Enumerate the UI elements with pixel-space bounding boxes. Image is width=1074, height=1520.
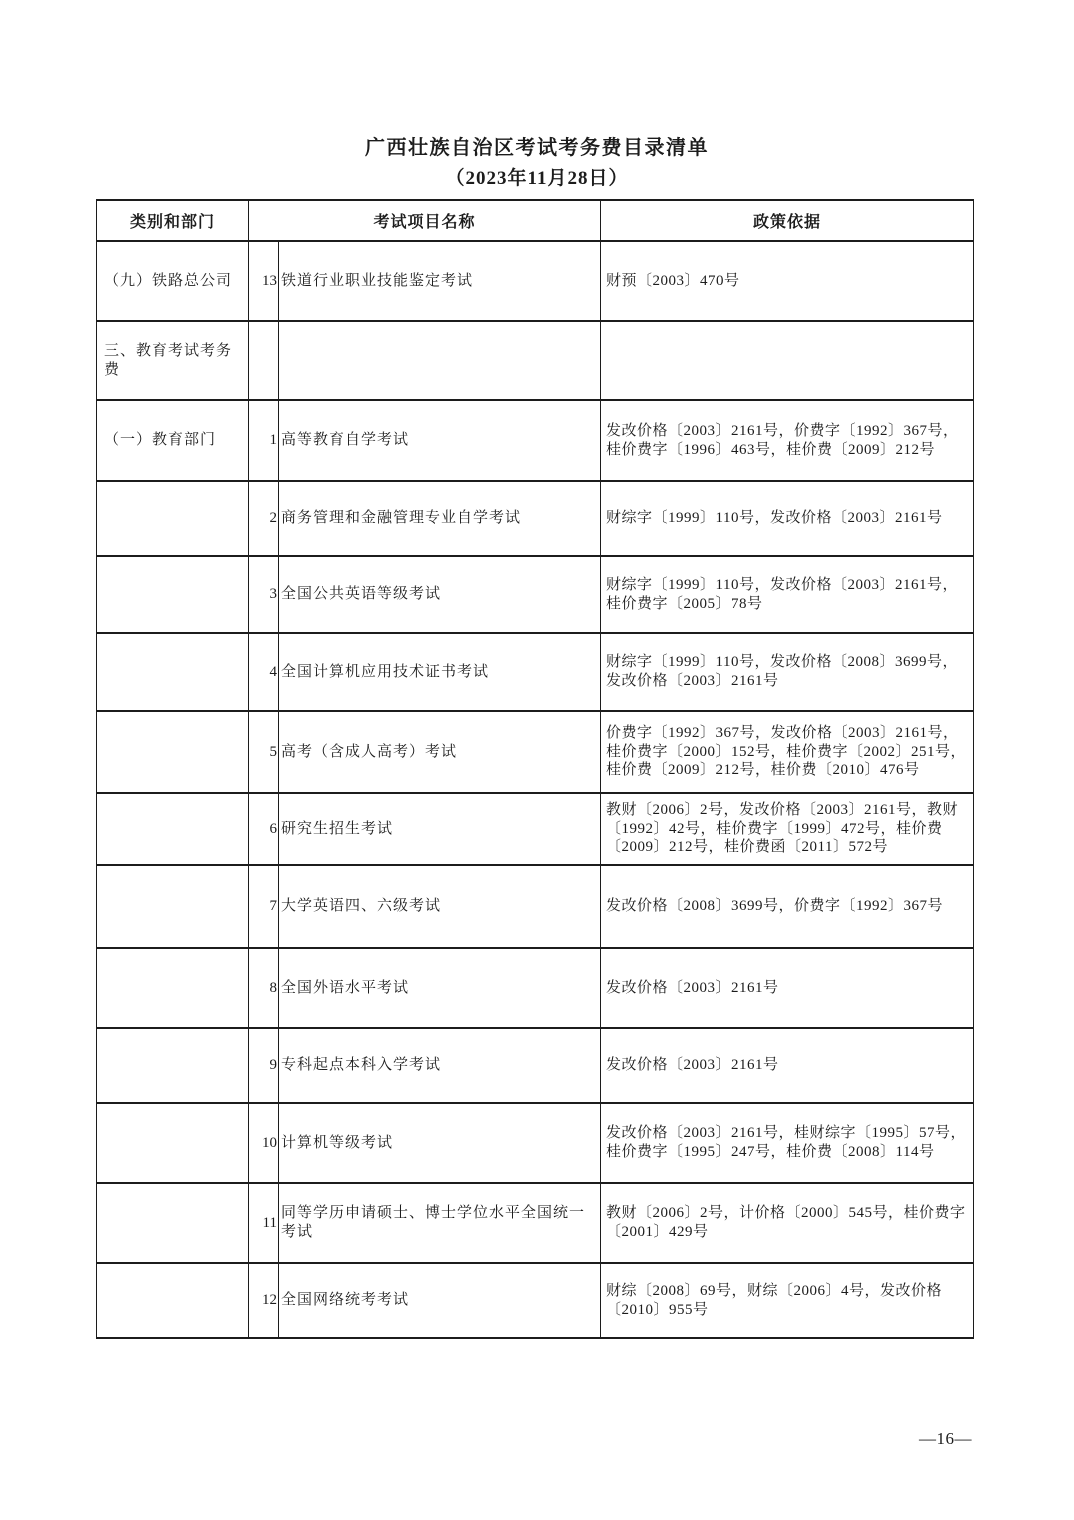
category-cell bbox=[97, 556, 249, 633]
document-page: 广西壮族自治区考试考务费目录清单 （2023年11月28日） 类别和部门 考试项… bbox=[0, 0, 1074, 1520]
category-cell bbox=[97, 1028, 249, 1103]
category-cell bbox=[97, 633, 249, 711]
header-row: 类别和部门 考试项目名称 政策依据 bbox=[97, 200, 974, 241]
row-number-cell: 6 bbox=[249, 793, 279, 865]
row-number-cell: 7 bbox=[249, 865, 279, 948]
policy-cell bbox=[601, 321, 974, 400]
exam-name-cell: 高考（含成人高考）考试 bbox=[279, 711, 601, 793]
row-number-cell: 9 bbox=[249, 1028, 279, 1103]
table-row: 11 同等学历申请硕士、博士学位水平全国统一考试 教财〔2006〕2号，计价格〔… bbox=[97, 1183, 974, 1263]
table-row: （九）铁路总公司 13 铁道行业职业技能鉴定考试 财预〔2003〕470号 bbox=[97, 241, 974, 321]
category-cell bbox=[97, 481, 249, 556]
policy-cell: 发改价格〔2003〕2161号 bbox=[601, 1028, 974, 1103]
policy-cell: 发改价格〔2003〕2161号 bbox=[601, 948, 974, 1028]
row-number-cell: 2 bbox=[249, 481, 279, 556]
exam-name-cell: 高等教育自学考试 bbox=[279, 400, 601, 481]
exam-name-cell: 全国外语水平考试 bbox=[279, 948, 601, 1028]
page-number: —16— bbox=[919, 1429, 972, 1449]
document-date-subtitle: （2023年11月28日） bbox=[0, 163, 1074, 190]
header-category: 类别和部门 bbox=[97, 200, 249, 241]
category-cell bbox=[97, 711, 249, 793]
exam-name-cell bbox=[279, 321, 601, 400]
category-cell bbox=[97, 1183, 249, 1263]
table-row: 8 全国外语水平考试 发改价格〔2003〕2161号 bbox=[97, 948, 974, 1028]
row-number-cell: 13 bbox=[249, 241, 279, 321]
policy-cell: 教财〔2006〕2号，发改价格〔2003〕2161号，教财〔1992〕42号，桂… bbox=[601, 793, 974, 865]
exam-name-cell: 全国网络统考考试 bbox=[279, 1263, 601, 1338]
row-number-cell bbox=[249, 321, 279, 400]
row-number-cell: 5 bbox=[249, 711, 279, 793]
category-cell bbox=[97, 1103, 249, 1183]
table-row: 3 全国公共英语等级考试 财综字〔1999〕110号，发改价格〔2003〕216… bbox=[97, 556, 974, 633]
category-cell bbox=[97, 948, 249, 1028]
table-row: （一）教育部门 1 高等教育自学考试 发改价格〔2003〕2161号，价费字〔1… bbox=[97, 400, 974, 481]
exam-name-cell: 大学英语四、六级考试 bbox=[279, 865, 601, 948]
policy-cell: 财综字〔1999〕110号，发改价格〔2003〕2161号，桂价费字〔2005〕… bbox=[601, 556, 974, 633]
row-number-cell: 8 bbox=[249, 948, 279, 1028]
table-row: 2 商务管理和金融管理专业自学考试 财综字〔1999〕110号，发改价格〔200… bbox=[97, 481, 974, 556]
document-title: 广西壮族自治区考试考务费目录清单 bbox=[0, 0, 1074, 160]
category-cell bbox=[97, 793, 249, 865]
policy-cell: 财综字〔1999〕110号，发改价格〔2008〕3699号，发改价格〔2003〕… bbox=[601, 633, 974, 711]
category-cell: （一）教育部门 bbox=[97, 400, 249, 481]
exam-name-cell: 商务管理和金融管理专业自学考试 bbox=[279, 481, 601, 556]
exam-name-cell: 研究生招生考试 bbox=[279, 793, 601, 865]
table-row: 7 大学英语四、六级考试 发改价格〔2008〕3699号，价费字〔1992〕36… bbox=[97, 865, 974, 948]
category-cell bbox=[97, 1263, 249, 1338]
header-policy: 政策依据 bbox=[601, 200, 974, 241]
table-row: 12 全国网络统考考试 财综〔2008〕69号，财综〔2006〕4号，发改价格〔… bbox=[97, 1263, 974, 1338]
policy-cell: 财预〔2003〕470号 bbox=[601, 241, 974, 321]
policy-cell: 财综〔2008〕69号，财综〔2006〕4号，发改价格〔2010〕955号 bbox=[601, 1263, 974, 1338]
exam-name-cell: 全国计算机应用技术证书考试 bbox=[279, 633, 601, 711]
exam-name-cell: 专科起点本科入学考试 bbox=[279, 1028, 601, 1103]
row-number-cell: 11 bbox=[249, 1183, 279, 1263]
policy-cell: 财综字〔1999〕110号，发改价格〔2003〕2161号 bbox=[601, 481, 974, 556]
category-cell: 三、教育考试考务费 bbox=[97, 321, 249, 400]
policy-cell: 发改价格〔2008〕3699号，价费字〔1992〕367号 bbox=[601, 865, 974, 948]
category-cell: （九）铁路总公司 bbox=[97, 241, 249, 321]
policy-cell: 教财〔2006〕2号，计价格〔2000〕545号，桂价费字〔2001〕429号 bbox=[601, 1183, 974, 1263]
category-cell bbox=[97, 865, 249, 948]
table-row: 5 高考（含成人高考）考试 价费字〔1992〕367号，发改价格〔2003〕21… bbox=[97, 711, 974, 793]
row-number-cell: 4 bbox=[249, 633, 279, 711]
exam-name-cell: 计算机等级考试 bbox=[279, 1103, 601, 1183]
fee-catalog-table: 类别和部门 考试项目名称 政策依据 （九）铁路总公司 13 铁道行业职业技能鉴定… bbox=[96, 199, 974, 1339]
header-exam-name: 考试项目名称 bbox=[249, 200, 601, 241]
exam-name-cell: 同等学历申请硕士、博士学位水平全国统一考试 bbox=[279, 1183, 601, 1263]
row-number-cell: 12 bbox=[249, 1263, 279, 1338]
policy-cell: 发改价格〔2003〕2161号，价费字〔1992〕367号，桂价费字〔1996〕… bbox=[601, 400, 974, 481]
table-row: 三、教育考试考务费 bbox=[97, 321, 974, 400]
policy-cell: 价费字〔1992〕367号，发改价格〔2003〕2161号，桂价费字〔2000〕… bbox=[601, 711, 974, 793]
table-row: 10 计算机等级考试 发改价格〔2003〕2161号，桂财综字〔1995〕57号… bbox=[97, 1103, 974, 1183]
row-number-cell: 10 bbox=[249, 1103, 279, 1183]
exam-name-cell: 铁道行业职业技能鉴定考试 bbox=[279, 241, 601, 321]
row-number-cell: 3 bbox=[249, 556, 279, 633]
table-row: 6 研究生招生考试 教财〔2006〕2号，发改价格〔2003〕2161号，教财〔… bbox=[97, 793, 974, 865]
table-row: 9 专科起点本科入学考试 发改价格〔2003〕2161号 bbox=[97, 1028, 974, 1103]
row-number-cell: 1 bbox=[249, 400, 279, 481]
policy-cell: 发改价格〔2003〕2161号，桂财综字〔1995〕57号，桂价费字〔1995〕… bbox=[601, 1103, 974, 1183]
exam-name-cell: 全国公共英语等级考试 bbox=[279, 556, 601, 633]
table-row: 4 全国计算机应用技术证书考试 财综字〔1999〕110号，发改价格〔2008〕… bbox=[97, 633, 974, 711]
